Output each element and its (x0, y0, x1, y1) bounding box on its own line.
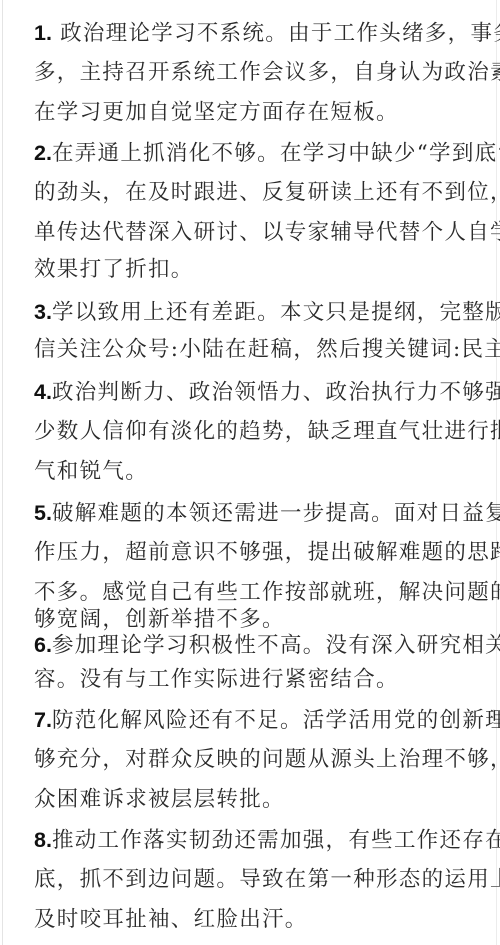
item-number: 3. (34, 300, 52, 324)
item-text: 够充分，对群众反映的问题从源头上治理不够，导致群 (34, 747, 500, 772)
list-item-line: 容。没有与工作实际进行紧密结合。 (34, 666, 479, 694)
list-item-line: 及时咬耳扯袖、红脸出汗。 (34, 906, 479, 934)
item-text: 在学习更加自觉坚定方面存在短板。 (34, 100, 399, 125)
list-item-line: 够充分，对群众反映的问题从源头上治理不够，导致群 (34, 746, 479, 774)
item-text: 信关注公众号:小陆在赶稿，然后搜关键词:民主生活会 (34, 337, 500, 362)
item-text: 够宽阔，创新举措不多。 (34, 607, 285, 632)
item-text: 单传达代替深入研讨、以专家辅导代替个人自学，学习 (34, 220, 500, 245)
item-text: 不多。感觉自己有些工作按部就班，解决问题的思路不 (34, 580, 500, 605)
item-text: 作压力，超前意识不够强，提出破解难题的思路和措施 (34, 540, 500, 565)
list-item-heading-line: 8.推动工作落实韧劲还需加强，有些工作还存在沉不到 (34, 826, 479, 854)
list-item-line: 少数人信仰有淡化的趋势，缺乏理直气壮进行批评的勇 (34, 418, 479, 446)
item-text: 容。没有与工作实际进行紧密结合。 (34, 667, 399, 692)
item-text: 的劲头，在及时跟进、反复研读上还有不到位，有时简 (34, 180, 500, 205)
list-item-line: 的劲头，在及时跟进、反复研读上还有不到位，有时简 (34, 179, 479, 207)
item-text: 参加理论学习积极性不高。没有深入研究相关学习内 (52, 633, 500, 658)
list-item-line: 众困难诉求被层层转批。 (34, 786, 479, 814)
item-text: 破解难题的本领还需进一步提高。面对日益复杂的工 (52, 501, 500, 526)
item-text: 少数人信仰有淡化的趋势，缺乏理直气壮进行批评的勇 (34, 419, 500, 444)
item-text: 多，主持召开系统工作会议多，自身认为政治素质过硬， (34, 60, 500, 85)
item-text: 底，抓不到边问题。导致在第一种形态的运用上，未能 (34, 867, 500, 892)
list-item-line: 气和锐气。 (34, 458, 479, 486)
item-text: 政治判断力、政治领悟力、政治执行力不够强，针对 (52, 380, 500, 405)
item-text: 政治理论学习不系统。由于工作头绪多，事务性工作 (52, 21, 500, 46)
item-text: 学以致用上还有差距。本文只是提纲，完整版请去微 (52, 300, 500, 325)
item-number: 1. (34, 21, 52, 45)
item-text: 及时咬耳扯袖、红脸出汗。 (34, 907, 308, 932)
item-text: 效果打了折扣。 (34, 257, 194, 282)
list-item-heading-line: 5.破解难题的本领还需进一步提高。面对日益复杂的工 (34, 499, 479, 527)
list-item-line: 够宽阔，创新举措不多。 (34, 606, 479, 634)
list-item-line: 不多。感觉自己有些工作按部就班，解决问题的思路不 (34, 579, 479, 607)
list-item-heading-line: 7.防范化解风险还有不足。活学活用党的创新理论还不 (34, 706, 479, 734)
list-item-heading-line: 3.学以致用上还有差距。本文只是提纲，完整版请去微 (34, 298, 479, 326)
list-item-line: 在学习更加自觉坚定方面存在短板。 (34, 99, 479, 127)
list-item-heading-line: 6.参加理论学习积极性不高。没有深入研究相关学习内 (34, 631, 479, 659)
list-item-heading-line: 2.在弄通上抓消化不够。在学习中缺少“学到底”“悟到位” (34, 139, 479, 167)
list-item-line: 作压力，超前意识不够强，提出破解难题的思路和措施 (34, 539, 479, 567)
item-text: 众困难诉求被层层转批。 (34, 787, 285, 812)
item-number: 4. (34, 380, 52, 404)
item-number: 6. (34, 633, 52, 657)
item-number: 5. (34, 501, 52, 525)
item-number: 2. (34, 141, 52, 165)
list-item-line: 多，主持召开系统工作会议多，自身认为政治素质过硬， (34, 59, 479, 87)
item-text: 气和锐气。 (34, 459, 148, 484)
item-number: 8. (34, 828, 52, 852)
list-item-line: 单传达代替深入研讨、以专家辅导代替个人自学，学习 (34, 219, 479, 247)
document-page: 1. 政治理论学习不系统。由于工作头绪多，事务性工作多，主持召开系统工作会议多，… (2, 0, 497, 945)
list-item-heading-line: 4.政治判断力、政治领悟力、政治执行力不够强，针对 (34, 378, 479, 406)
list-item-line: 底，抓不到边问题。导致在第一种形态的运用上，未能 (34, 866, 479, 894)
item-number: 7. (34, 708, 52, 732)
list-item-line: 信关注公众号:小陆在赶稿，然后搜关键词:民主生活会 (34, 336, 479, 364)
list-item-line: 效果打了折扣。 (34, 256, 479, 284)
item-text: 防范化解风险还有不足。活学活用党的创新理论还不 (52, 708, 500, 733)
item-text: 在弄通上抓消化不够。在学习中缺少“学到底”“悟到位” (52, 141, 500, 166)
list-item-heading-line: 1. 政治理论学习不系统。由于工作头绪多，事务性工作 (34, 19, 479, 47)
item-text: 推动工作落实韧劲还需加强，有些工作还存在沉不到 (52, 828, 500, 853)
